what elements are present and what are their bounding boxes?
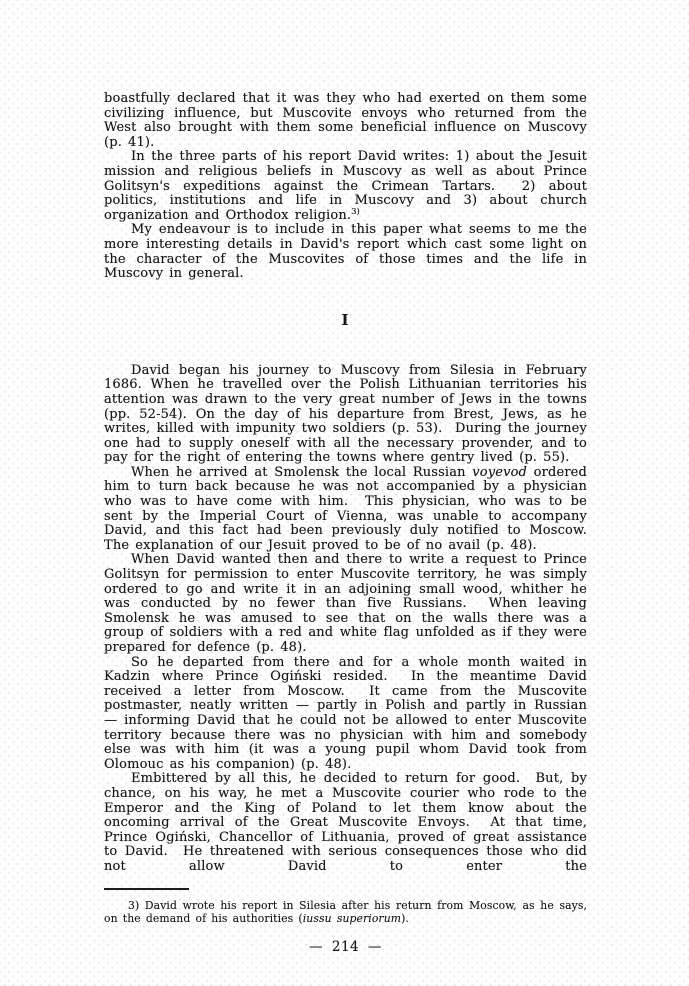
paragraph: When David wanted then and there to writ… — [104, 553, 587, 655]
text-segment: My endeavour is to include in this paper… — [104, 222, 593, 281]
paragraph: Embittered by all this, he decided to re… — [104, 772, 587, 874]
text-segment: When David wanted then and there to writ… — [104, 552, 593, 655]
text-segment: voyevod — [472, 465, 527, 480]
text-column: boastfully declared that it was they who… — [104, 92, 587, 955]
text-segment: iussu superiorum — [303, 912, 401, 925]
footnote-marker: 3) — [351, 207, 360, 217]
paragraph: My endeavour is to include in this paper… — [104, 223, 587, 281]
section-heading: I — [104, 313, 587, 328]
text-segment: In the three parts of his report David w… — [104, 149, 593, 222]
paragraph: In the three parts of his report David w… — [104, 150, 587, 223]
paragraph: David began his journey to Muscovy from … — [104, 364, 587, 466]
text-segment: ). — [401, 912, 409, 925]
paragraph: boastfully declared that it was they who… — [104, 92, 587, 150]
scanned-paper-page: boastfully declared that it was they who… — [0, 0, 689, 986]
intro-paragraphs: boastfully declared that it was they who… — [104, 92, 587, 282]
section-paragraphs: David began his journey to Muscovy from … — [104, 364, 587, 875]
text-segment: David began his journey to Muscovy from … — [104, 363, 593, 466]
paragraph: When he arrived at Smolensk the local Ru… — [104, 466, 587, 554]
text-segment: boastfully declared that it was they who… — [104, 91, 593, 150]
page-number: — 214 — — [104, 940, 587, 955]
footnote-divider — [104, 888, 189, 890]
text-segment: Embittered by all this, he decided to re… — [104, 771, 593, 874]
paragraph: So he departed from there and for a whol… — [104, 656, 587, 773]
text-segment: When he arrived at Smolensk the local Ru… — [131, 465, 472, 480]
text-segment: So he departed from there and for a whol… — [104, 655, 593, 772]
footnote-text: 3) David wrote his report in Silesia aft… — [104, 899, 587, 927]
